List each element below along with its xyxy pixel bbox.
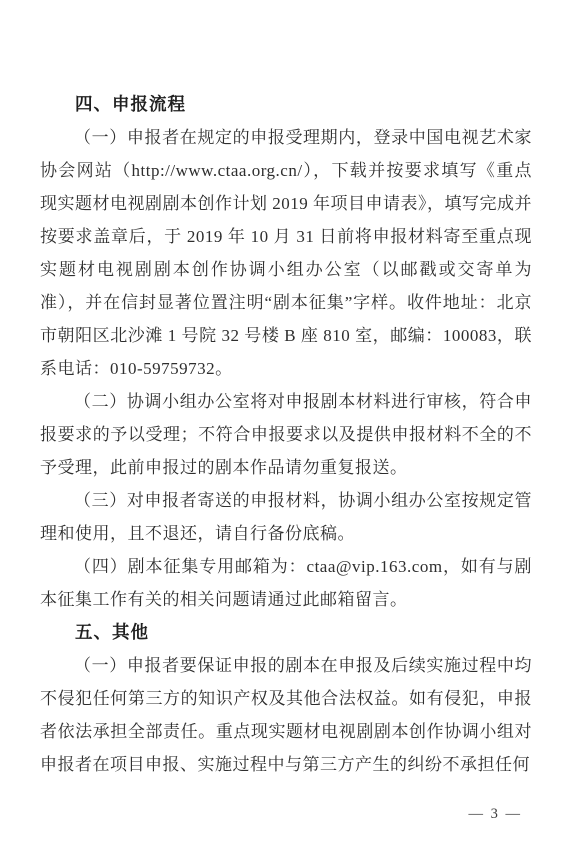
paragraph-application-step-1: （一）申报者在规定的申报受理期内，登录中国电视艺术家协会网站（http://ww… [40,121,532,385]
page-number: — 3 — [469,806,523,823]
paragraph-others-item-1: （一）申报者要保证申报的剧本在申报及后续实施过程中均不侵犯任何第三方的知识产权及… [40,649,532,781]
document-page: 四、申报流程 （一）申报者在规定的申报受理期内，登录中国电视艺术家协会网站（ht… [0,0,566,849]
section-heading-others: 五、其他 [40,616,532,649]
paragraph-application-step-4: （四）剧本征集专用邮箱为：ctaa@vip.163.com，如有与剧本征集工作有… [40,550,532,616]
section-heading-application-procedure: 四、申报流程 [40,88,532,121]
paragraph-application-step-2: （二）协调小组办公室将对申报剧本材料进行审核，符合申报要求的予以受理；不符合申报… [40,385,532,484]
document-body: 四、申报流程 （一）申报者在规定的申报受理期内，登录中国电视艺术家协会网站（ht… [40,88,532,781]
paragraph-application-step-3: （三）对申报者寄送的申报材料，协调小组办公室按规定管理和使用，且不退还，请自行备… [40,484,532,550]
